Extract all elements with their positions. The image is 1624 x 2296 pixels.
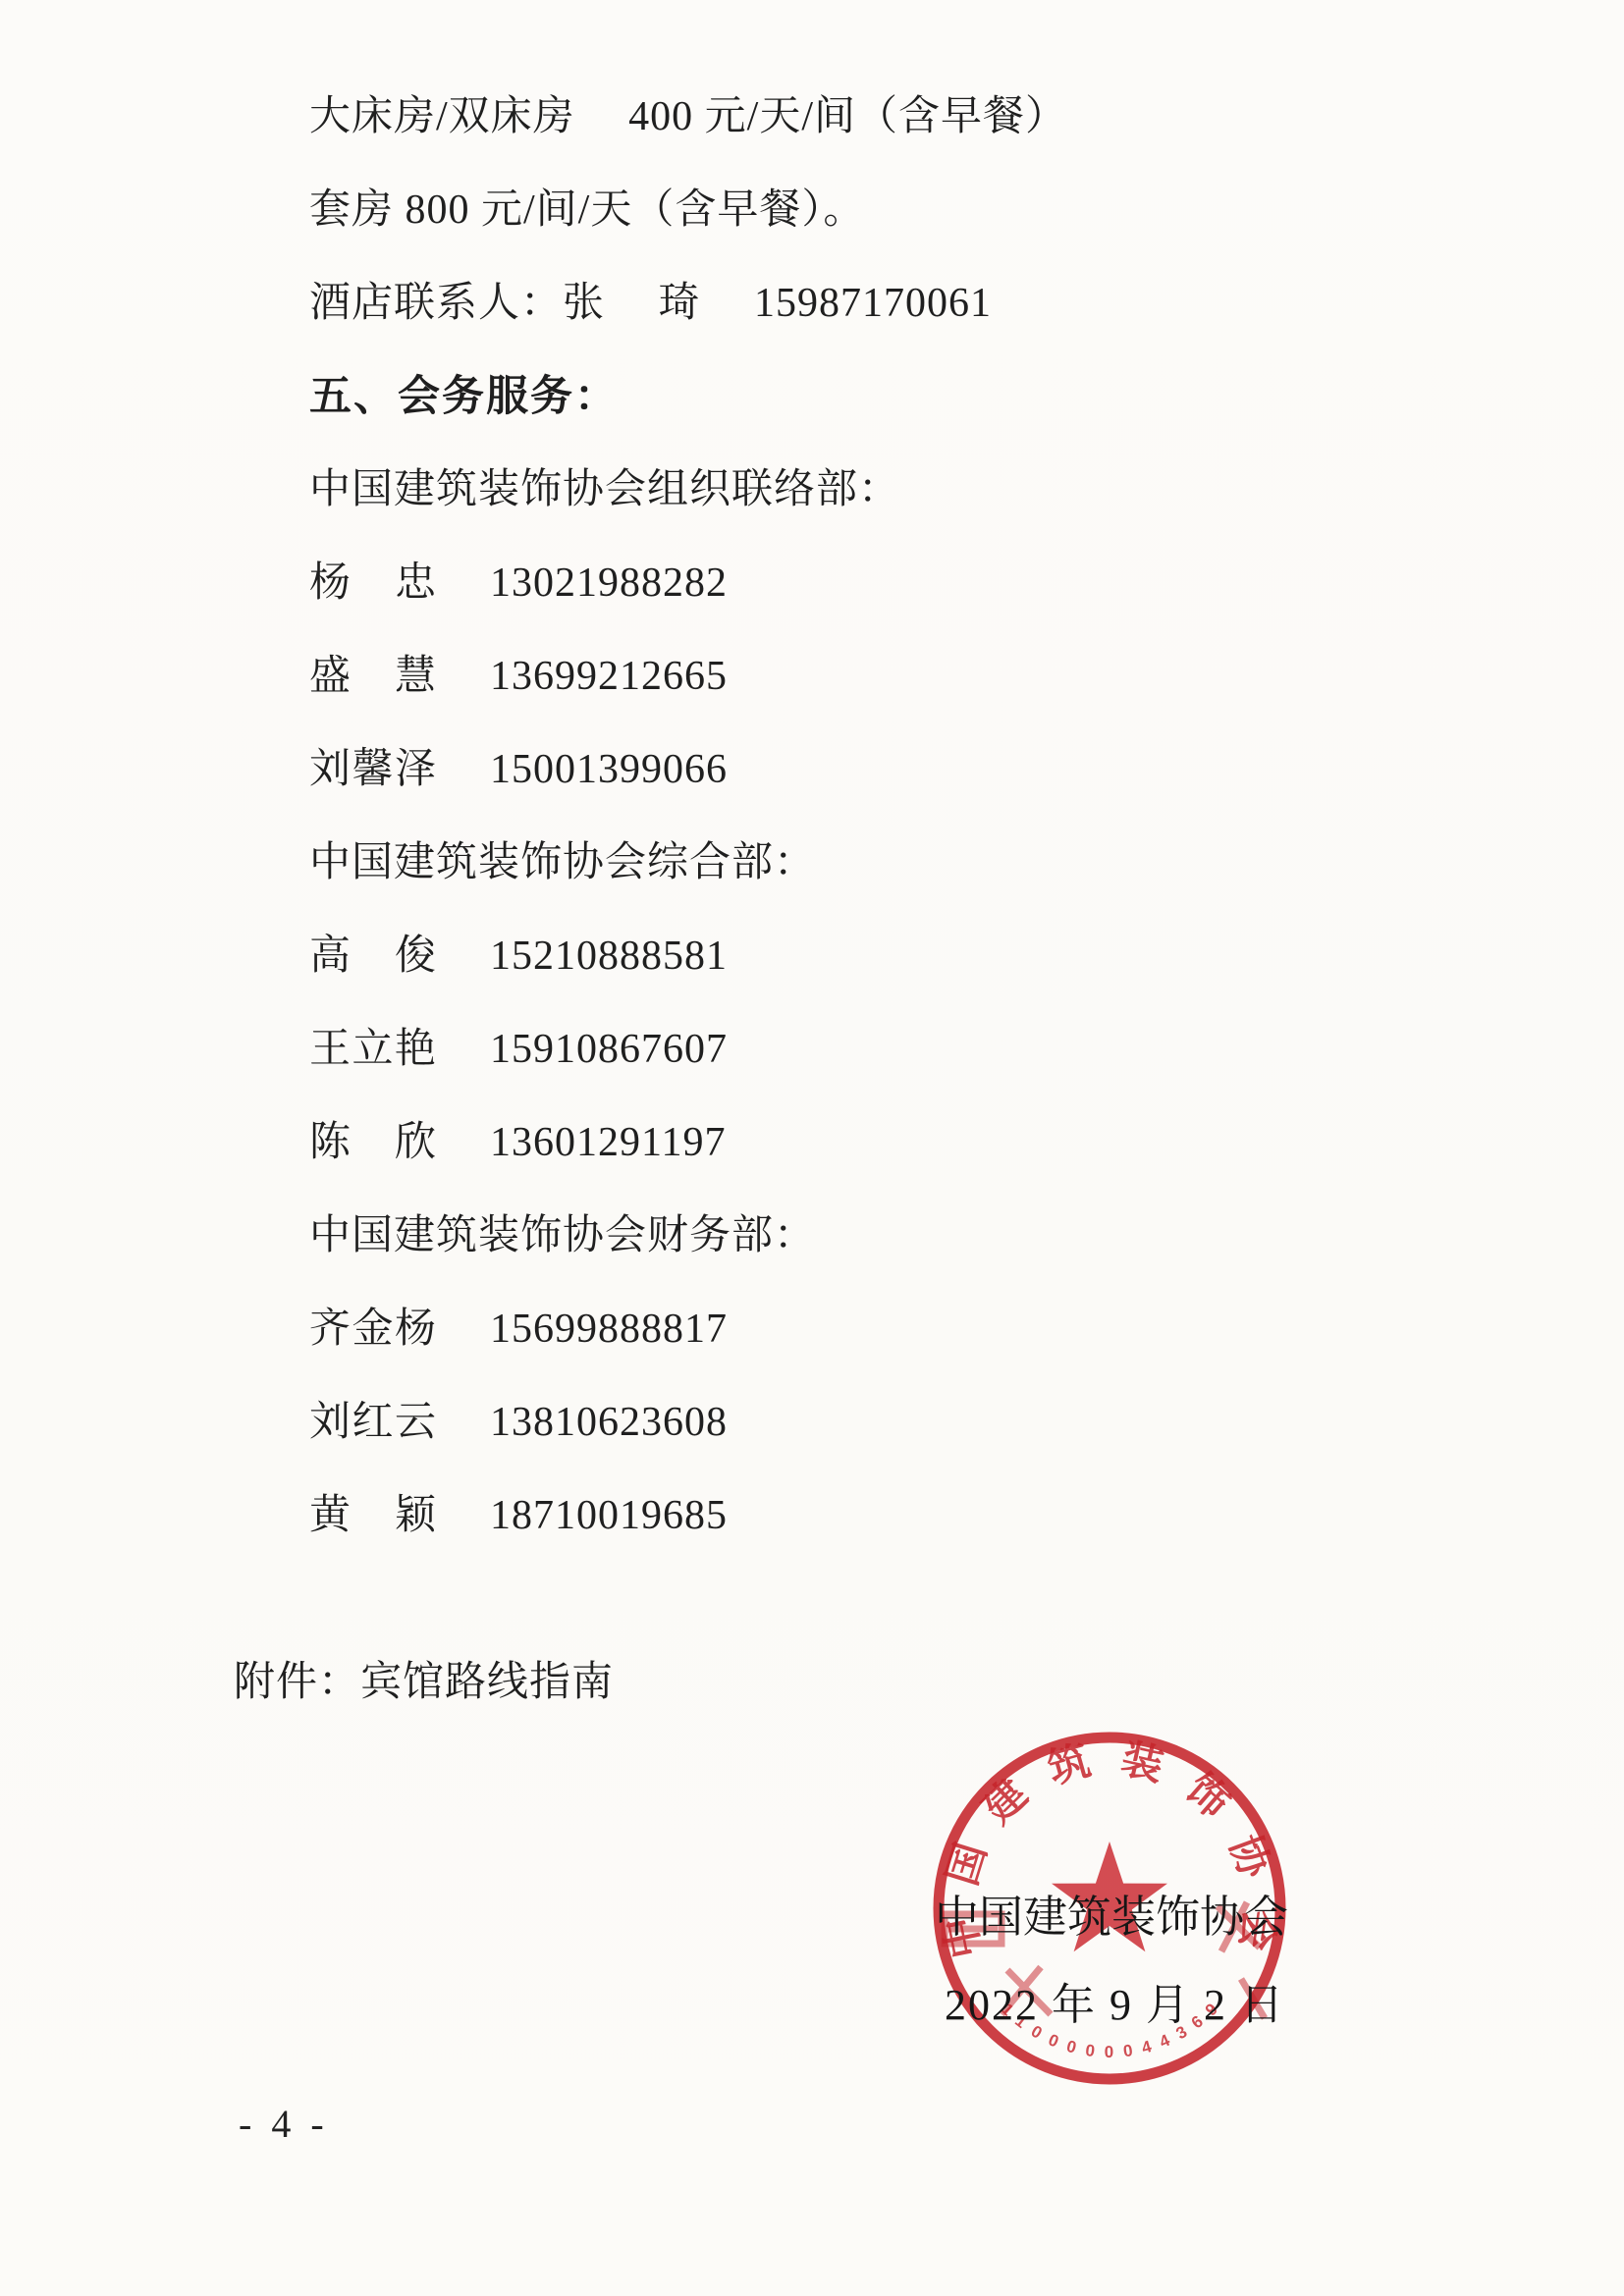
contact-name: 盛慧 bbox=[309, 630, 437, 723]
signature-organization: 中国建筑装饰协会 bbox=[935, 1881, 1288, 1945]
contact-name: 刘馨泽 bbox=[309, 723, 437, 817]
group-title-finance-dept: 中国建筑装饰协会财务部： bbox=[309, 1190, 1067, 1283]
contact-phone: 13021988282 bbox=[490, 561, 728, 606]
contact-phone: 13699212665 bbox=[490, 654, 728, 699]
contact-row: 陈欣13601291197 bbox=[309, 1096, 1067, 1190]
contact-name: 王立艳 bbox=[309, 1003, 437, 1096]
signature-date: 2022 年 9 月 2 日 bbox=[945, 1969, 1285, 2032]
page-number: - 4 - bbox=[239, 2101, 329, 2147]
hotel-contact-line: 酒店联系人：张 琦 15987170061 bbox=[309, 257, 1067, 350]
contact-phone: 13601291197 bbox=[490, 1120, 726, 1165]
contact-row: 齐金杨15699888817 bbox=[309, 1283, 1067, 1376]
contact-name: 高俊 bbox=[309, 910, 437, 1003]
attachment-line: 附件：宾馆路线指南 bbox=[234, 1636, 614, 1730]
contact-name: 齐金杨 bbox=[309, 1283, 437, 1376]
section-heading-conference-services: 五、会务服务： bbox=[309, 350, 1067, 444]
group-title-general-dept: 中国建筑装饰协会综合部： bbox=[309, 817, 1067, 910]
contact-name: 陈欣 bbox=[309, 1096, 437, 1190]
contact-row: 高俊15210888581 bbox=[309, 910, 1067, 1003]
price-line-king-twin: 大床房/双床房 400 元/天/间（含早餐） bbox=[309, 71, 1067, 164]
contact-name: 刘红云 bbox=[309, 1376, 437, 1469]
group-title-liaison-dept: 中国建筑装饰协会组织联络部： bbox=[309, 444, 1067, 537]
contact-phone: 15699888817 bbox=[490, 1307, 728, 1352]
document-page: 大床房/双床房 400 元/天/间（含早餐） 套房 800 元/间/天（含早餐）… bbox=[0, 0, 1624, 2296]
price-line-suite: 套房 800 元/间/天（含早餐）。 bbox=[309, 164, 1067, 257]
contact-row: 杨忠13021988282 bbox=[309, 537, 1067, 630]
contact-phone: 15210888581 bbox=[490, 934, 728, 979]
contact-row: 刘馨泽15001399066 bbox=[309, 723, 1067, 817]
contact-phone: 15910867607 bbox=[490, 1027, 728, 1072]
contact-phone: 18710019685 bbox=[490, 1493, 728, 1538]
document-body: 大床房/双床房 400 元/天/间（含早餐） 套房 800 元/间/天（含早餐）… bbox=[309, 71, 1067, 1563]
contact-phone: 15001399066 bbox=[490, 747, 728, 792]
contact-row: 盛慧13699212665 bbox=[309, 630, 1067, 723]
contact-row: 刘红云13810623608 bbox=[309, 1376, 1067, 1469]
contact-name: 黄颖 bbox=[309, 1469, 437, 1563]
contact-phone: 13810623608 bbox=[490, 1400, 728, 1445]
contact-row: 王立艳15910867607 bbox=[309, 1003, 1067, 1096]
contact-row: 黄颖18710019685 bbox=[309, 1469, 1067, 1563]
contact-name: 杨忠 bbox=[309, 537, 437, 630]
